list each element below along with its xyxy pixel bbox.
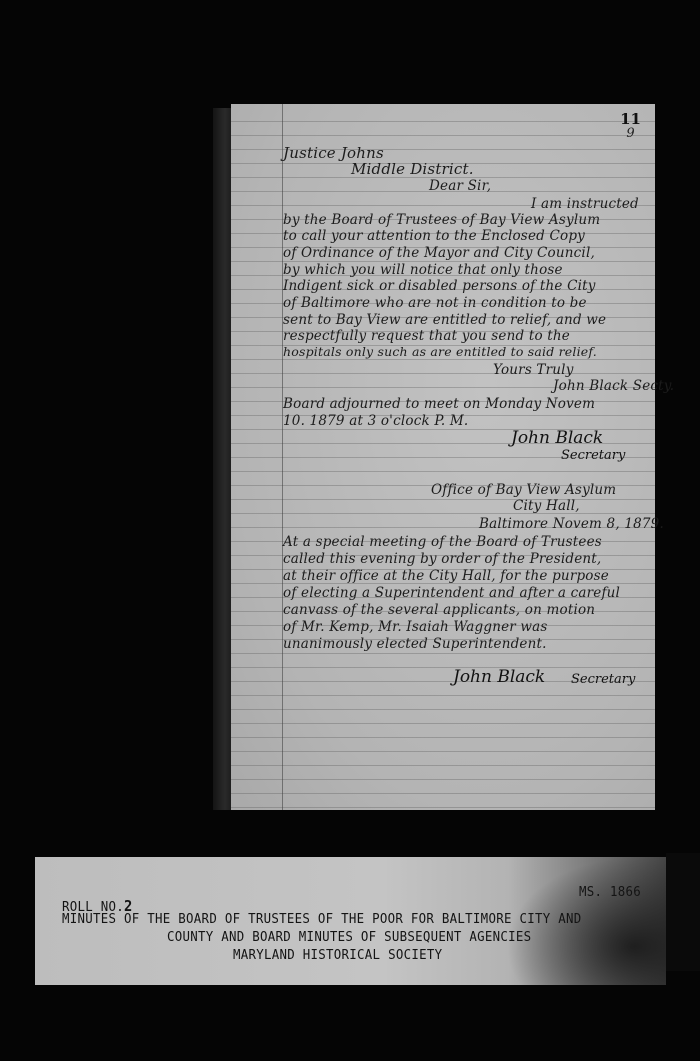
letter-line: of Baltimore who are not in condition to… (283, 295, 587, 311)
ms-number: MS. 1866 (579, 884, 641, 900)
minutes-heading: Baltimore Novem 8, 1879. (479, 516, 664, 532)
manuscript-page: 11 9 Justice Johns Middle District. Dear… (231, 104, 655, 810)
letter-line: I am instructed (531, 196, 639, 212)
folio-printed: 11 (620, 112, 641, 127)
minutes-heading: Office of Bay View Asylum (431, 482, 616, 498)
minutes-line: at their office at the City Hall, for th… (283, 568, 609, 584)
letter-salutation: Dear Sir, (429, 178, 491, 194)
binding-edge (213, 108, 233, 810)
minutes-line: canvass of the several applicants, on mo… (283, 602, 595, 618)
minutes-heading: City Hall, (513, 498, 580, 514)
letter-line: respectfully request that you send to th… (283, 328, 570, 344)
minutes-line: of electing a Superintendent and after a… (283, 585, 620, 601)
folio-handwritten: 9 (620, 127, 641, 140)
adjournment-line: 10. 1879 at 3 o'clock P. M. (283, 413, 468, 429)
letter-line: hospitals only such as are entitled to s… (283, 344, 597, 359)
label-line-2: COUNTY AND BOARD MINUTES OF SUBSEQUENT A… (167, 929, 531, 945)
adjournment-line: Board adjourned to meet on Monday Novem (283, 396, 595, 412)
label-line-3: MARYLAND HISTORICAL SOCIETY (233, 947, 442, 963)
minutes-signature-title: Secretary (571, 672, 635, 687)
minutes-line: unanimously elected Superintendent. (283, 636, 547, 652)
label-dark-block (666, 853, 700, 971)
adjournment-signature: John Black (511, 428, 603, 448)
letter-line: by the Board of Trustees of Bay View Asy… (283, 212, 600, 228)
letter-line: to call your attention to the Enclosed C… (283, 228, 585, 244)
label-line-1: MINUTES OF THE BOARD OF TRUSTEES OF THE … (62, 911, 581, 927)
letter-line: sent to Bay View are entitled to relief,… (283, 312, 606, 328)
letter-closing-signature: John Black Secty. (553, 378, 674, 394)
letter-line: by which you will notice that only those (283, 262, 563, 278)
margin-rule (282, 104, 283, 810)
folio-number: 11 9 (620, 112, 641, 140)
microfilm-label: ROLL NO.2 MS. 1866 MINUTES OF THE BOARD … (35, 857, 666, 985)
minutes-line: of Mr. Kemp, Mr. Isaiah Waggner was (283, 619, 548, 635)
minutes-signature: John Black (453, 667, 545, 687)
letter-district: Middle District. (351, 160, 474, 178)
letter-line: of Ordinance of the Mayor and City Counc… (283, 245, 595, 261)
letter-line: Indigent sick or disabled persons of the… (283, 278, 596, 294)
letter-closing: Yours Truly (493, 362, 574, 378)
adjournment-signature-title: Secretary (561, 448, 625, 463)
minutes-line: At a special meeting of the Board of Tru… (283, 534, 602, 550)
minutes-line: called this evening by order of the Pres… (283, 551, 601, 567)
